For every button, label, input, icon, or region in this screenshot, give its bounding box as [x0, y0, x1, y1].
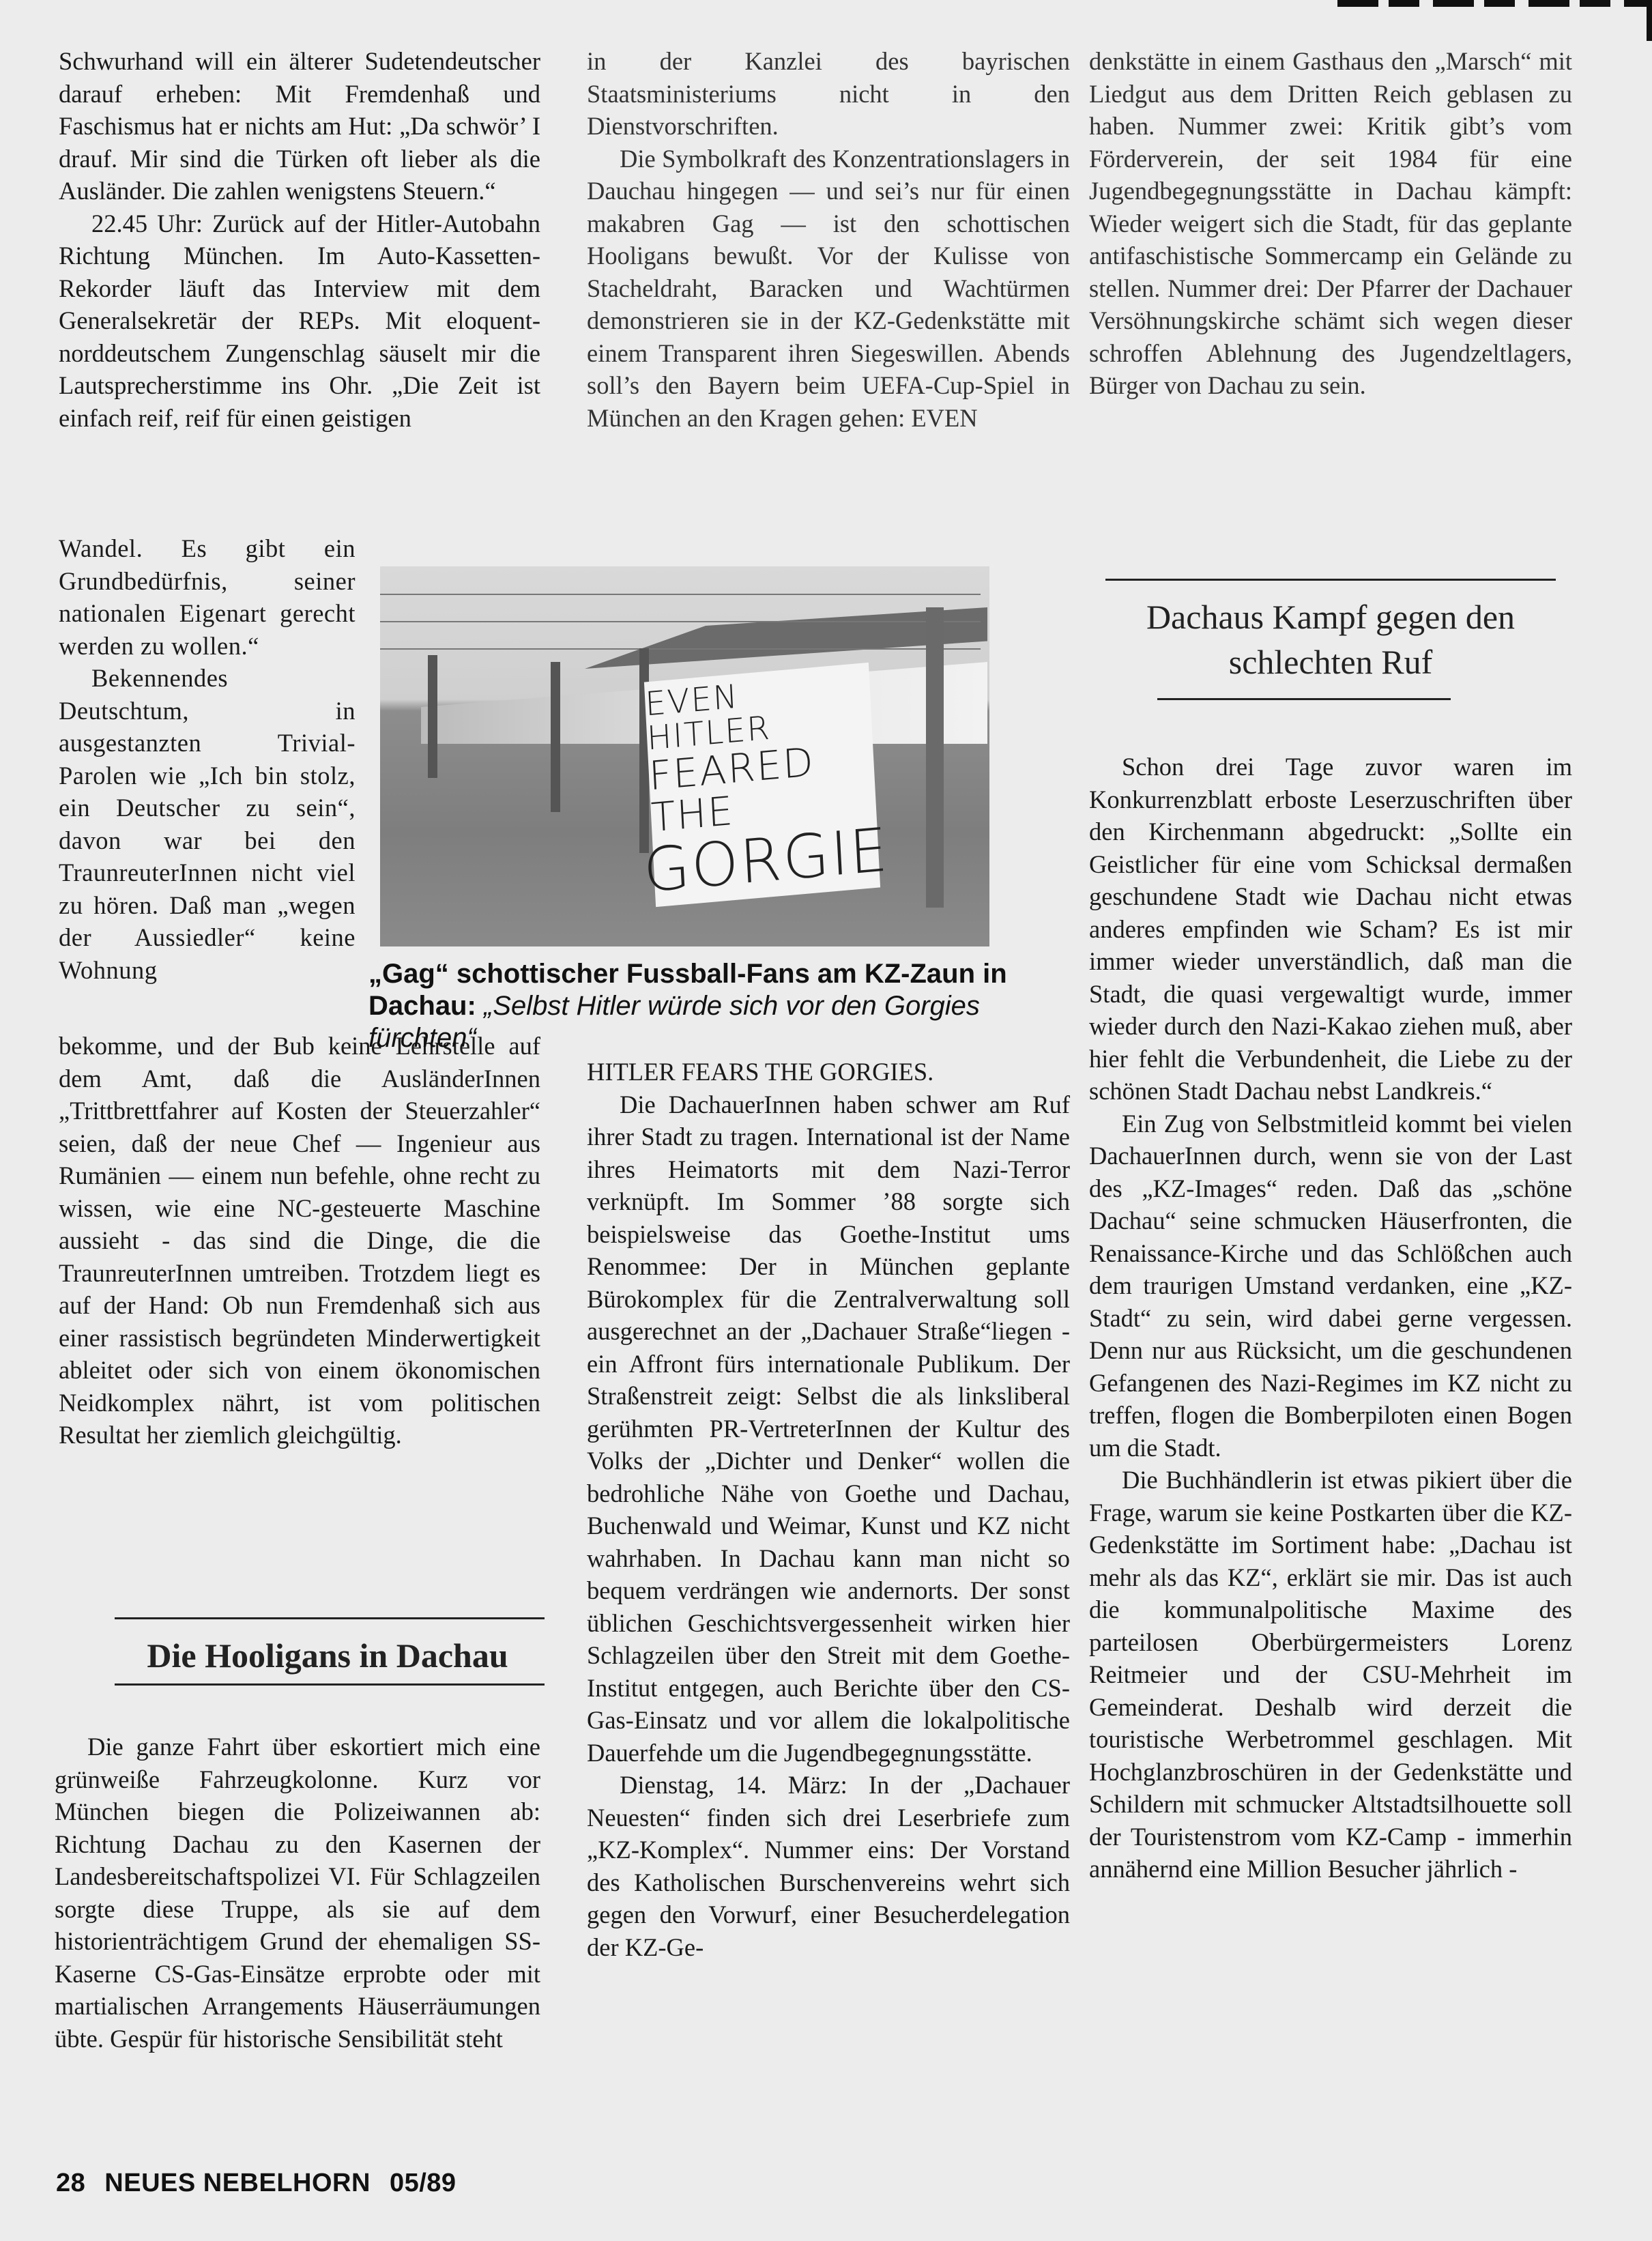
paragraph: Die ganze Fahrt über eskortiert mich ein…: [55, 1731, 540, 2055]
column-1-bottom: bekomme, und der Bub keine Lehrstelle au…: [59, 1030, 540, 1451]
paragraph: denkstätte in einem Gasthaus den „Marsch…: [1089, 45, 1572, 402]
paragraph: bekomme, und der Bub keine Lehrstelle au…: [59, 1030, 540, 1451]
paragraph: Die DachauerInnen haben schwer am Ruf ih…: [587, 1088, 1070, 1769]
column-1-top: Schwurhand will ein älterer Sudetendeuts…: [59, 45, 540, 434]
headline-dachau-line1: Dachaus Kampf gegen den: [1089, 595, 1572, 639]
headline-dachau-line2: schlechten Ruf: [1089, 640, 1572, 684]
headline-rule-bottom: [1157, 698, 1451, 700]
barbed-wire: [380, 594, 981, 595]
column-1-hooligans-text: Die ganze Fahrt über eskortiert mich ein…: [55, 1731, 540, 2055]
paragraph: Bekennendes Deutschtum, in ausgestanzten…: [59, 662, 356, 986]
column-3-top: denkstätte in einem Gasthaus den „Marsch…: [1089, 45, 1572, 402]
headline-hooligans: Die Hooligans in Dachau: [109, 1634, 546, 1677]
paragraph: Schwurhand will ein älterer Sudetendeuts…: [59, 45, 540, 207]
fence-post: [926, 607, 944, 908]
page-footer: 28 NEUES NEBELHORN 05/89: [56, 2169, 457, 2198]
barbed-wire: [380, 621, 981, 622]
photo-caption: „Gag“ schottischer Fussball-Fans am KZ-Z…: [368, 958, 1010, 1054]
headline-rule-top: [115, 1617, 545, 1619]
paragraph: in der Kanzlei des bayrischen Staatsmini…: [587, 45, 1070, 143]
page-edge-mark: [1647, 0, 1652, 41]
headline-rule-bottom: [115, 1683, 545, 1686]
column-2-bottom: HITLER FEARS THE GORGIES. Die DachauerIn…: [587, 1056, 1070, 1963]
photo-banner-at-fence: EVEN HITLER FEARED THE GORGIE: [380, 566, 989, 946]
column-2-top: in der Kanzlei des bayrischen Staatsmini…: [587, 45, 1070, 434]
paragraph: Die Buchhändlerin ist etwas pikiert über…: [1089, 1464, 1572, 1885]
fence-post: [428, 655, 437, 778]
paragraph: Die Symbolkraft des Konzentrationslagers…: [587, 143, 1070, 435]
page-number: 28: [56, 2169, 85, 2198]
paragraph: Ein Zug von Selbstmitleid kommt bei viel…: [1089, 1108, 1572, 1464]
fence-post: [551, 662, 560, 812]
paragraph: Wandel. Es gibt ein Grundbedürfnis, sein…: [59, 532, 356, 662]
paragraph: Schon drei Tage zuvor waren im Konkurren…: [1089, 751, 1572, 1108]
paragraph: Dienstag, 14. März: In der „Dachauer Neu…: [587, 1769, 1070, 1963]
protest-banner: EVEN HITLER FEARED THE GORGIE: [644, 663, 880, 907]
paragraph: HITLER FEARS THE GORGIES.: [587, 1056, 1070, 1088]
issue-number: 05/89: [390, 2169, 457, 2198]
paragraph: 22.45 Uhr: Zurück auf der Hitler-Autobah…: [59, 207, 540, 435]
publication-name: NEUES NEBELHORN: [104, 2169, 371, 2198]
headline-rule-top: [1105, 579, 1556, 581]
column-1-narrow: Wandel. Es gibt ein Grundbedürfnis, sein…: [59, 532, 356, 986]
barbed-wire: [380, 648, 981, 650]
previous-page-edge: [1337, 0, 1652, 7]
column-3-bottom: Schon drei Tage zuvor waren im Konkurren…: [1089, 751, 1572, 1885]
